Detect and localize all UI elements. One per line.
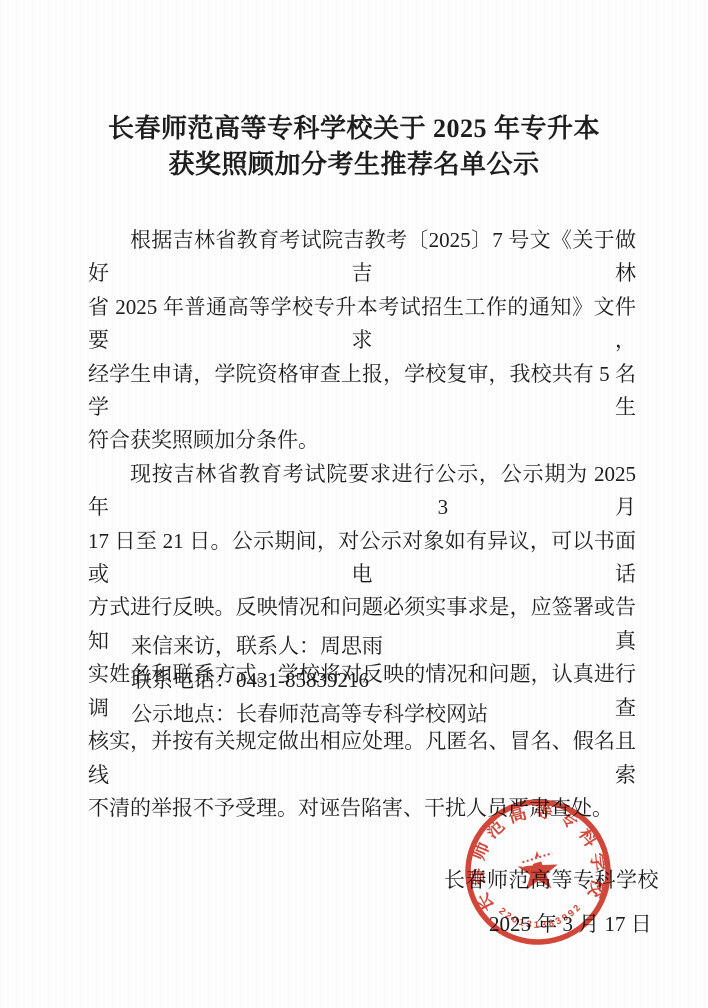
official-seal: 长春师范高等专科学校 220131383992 bbox=[458, 792, 618, 952]
body-line: 根据吉林省教育考试院吉教考〔2025〕7 号文《关于做好吉林 bbox=[88, 224, 636, 291]
contact-info: 来信来访，联系人：周思雨 联系电话：0431-85839216 公示地点：长春师… bbox=[131, 629, 488, 731]
title-line: 长春师范高等专科学校关于 2025 年专升本 bbox=[0, 111, 708, 147]
contact-line: 联系电话：0431-85839216 bbox=[131, 663, 488, 697]
scanned-document-page: 长春师范高等专科学校关于 2025 年专升本 获奖照顾加分考生推荐名单公示 根据… bbox=[0, 0, 708, 1008]
contact-line: 公示地点：长春师范高等专科学校网站 bbox=[131, 697, 488, 731]
seal-code: 220131383992 bbox=[496, 901, 586, 934]
body-line: 现按吉林省教育考试院要求进行公示，公示期为 2025 年 3 月 bbox=[88, 458, 636, 525]
document-body: 根据吉林省教育考试院吉教考〔2025〕7 号文《关于做好吉林 省 2025 年普… bbox=[88, 224, 636, 825]
body-line: 省 2025 年普通高等学校专升本考试招生工作的通知》文件要求， bbox=[88, 291, 636, 358]
body-line: 符合获奖照顾加分条件。 bbox=[88, 424, 636, 457]
body-line: 17 日至 21 日。公示期间，对公示对象如有异议，可以书面或电话 bbox=[88, 525, 636, 592]
title-line: 获奖照顾加分考生推荐名单公示 bbox=[0, 147, 708, 183]
contact-line: 来信来访，联系人：周思雨 bbox=[131, 629, 488, 663]
body-line: 经学生申请，学院资格审查上报，学校复审，我校共有 5 名学生 bbox=[88, 358, 636, 425]
body-line: 核实，并按有关规定做出相应处理。凡匿名、冒名、假名且线索 bbox=[88, 725, 636, 792]
document-title: 长春师范高等专科学校关于 2025 年专升本 获奖照顾加分考生推荐名单公示 bbox=[0, 111, 708, 183]
